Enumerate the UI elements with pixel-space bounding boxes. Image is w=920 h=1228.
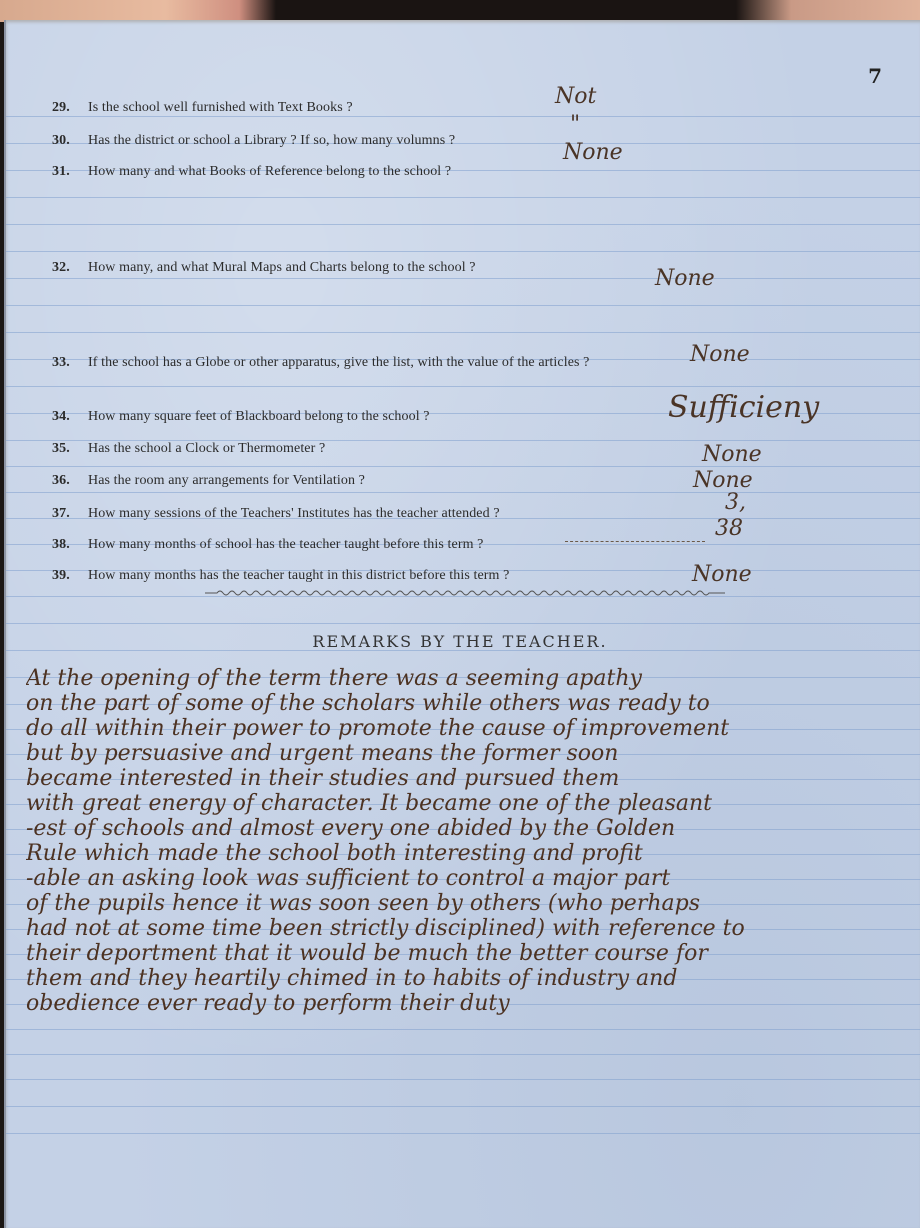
answer-32: None <box>655 266 715 291</box>
page-number: 7 <box>868 64 882 88</box>
ruled-line <box>6 492 920 493</box>
remarks-line: them and they heartily chimed in to habi… <box>26 966 906 991</box>
question-number: 39. <box>52 568 88 584</box>
answer-35: None <box>702 442 762 467</box>
ruled-line <box>6 224 920 225</box>
ruled-line <box>6 1054 920 1055</box>
question-number: 34. <box>52 409 88 425</box>
ruled-line <box>6 1079 920 1080</box>
question-38: 38.How many months of school has the tea… <box>52 537 483 553</box>
question-30: 30.Has the district or school a Library … <box>52 133 455 149</box>
question-text: How many sessions of the Teachers' Insti… <box>88 506 500 521</box>
question-text: Has the room any arrangements for Ventil… <box>88 473 365 488</box>
question-text: How many months of school has the teache… <box>88 537 483 552</box>
answer-29: Not <box>555 84 596 109</box>
ruled-line <box>6 1029 920 1030</box>
question-text: If the school has a Globe or other appar… <box>88 355 589 370</box>
remarks-line: do all within their power to promote the… <box>26 716 906 741</box>
question-number: 33. <box>52 355 88 371</box>
answer-34: Sufficieny <box>668 390 819 425</box>
question-number: 29. <box>52 100 88 116</box>
holding-fingers <box>0 0 920 22</box>
answer-31: None <box>563 140 623 165</box>
ruled-line <box>6 251 920 252</box>
question-text: How many square feet of Blackboard belon… <box>88 409 430 424</box>
ruled-line <box>6 1133 920 1134</box>
question-37: 37.How many sessions of the Teachers' In… <box>52 506 500 522</box>
answer-37: 3, <box>725 490 746 515</box>
ruled-line <box>6 197 920 198</box>
ruled-line <box>6 386 920 387</box>
remarks-line: Rule which made the school both interest… <box>26 841 906 866</box>
answer-33: None <box>690 342 750 367</box>
ruled-line <box>6 278 920 279</box>
ruled-line <box>6 466 920 467</box>
remarks-line: their deportment that it would be much t… <box>26 941 906 966</box>
question-29: 29.Is the school well furnished with Tex… <box>52 100 353 116</box>
remarks-line: obedience ever ready to perform their du… <box>26 991 906 1016</box>
question-34: 34.How many square feet of Blackboard be… <box>52 409 430 425</box>
question-number: 31. <box>52 164 88 180</box>
question-31: 31.How many and what Books of Reference … <box>52 164 451 180</box>
remarks-line: with great energy of character. It becam… <box>26 791 906 816</box>
answer-38: 38 <box>715 516 743 541</box>
question-text: How many and what Books of Reference bel… <box>88 164 451 179</box>
remarks-line: but by persuasive and urgent means the f… <box>26 741 906 766</box>
question-number: 38. <box>52 537 88 553</box>
remarks-line: -est of schools and almost every one abi… <box>26 816 906 841</box>
remarks-line: -able an asking look was sufficient to c… <box>26 866 906 891</box>
report-page: 7 <box>4 20 920 1228</box>
question-39: 39.How many months has the teacher taugh… <box>52 568 509 584</box>
question-number: 30. <box>52 133 88 149</box>
question-33: 33.If the school has a Globe or other ap… <box>52 355 589 371</box>
question-number: 35. <box>52 441 88 457</box>
answer-39: None <box>692 562 752 587</box>
remarks-line: of the pupils hence it was soon seen by … <box>26 891 906 916</box>
question-text: Is the school well furnished with Text B… <box>88 100 353 115</box>
question-number: 37. <box>52 506 88 522</box>
ruled-line <box>6 623 920 624</box>
question-text: Has the school a Clock or Thermometer ? <box>88 441 325 456</box>
remarks-title: REMARKS BY THE TEACHER. <box>0 632 920 651</box>
question-text: Has the district or school a Library ? I… <box>88 133 455 148</box>
remarks-line: had not at some time been strictly disci… <box>26 916 906 941</box>
remarks-line: At the opening of the term there was a s… <box>26 666 906 691</box>
question-number: 36. <box>52 473 88 489</box>
wavy-divider <box>205 589 725 597</box>
remarks-line: became interested in their studies and p… <box>26 766 906 791</box>
answer-30: " <box>570 112 580 137</box>
question-text: How many months has the teacher taught i… <box>88 568 509 583</box>
ruled-line <box>6 1106 920 1107</box>
question-text: How many, and what Mural Maps and Charts… <box>88 260 476 275</box>
remarks-line: on the part of some of the scholars whil… <box>26 691 906 716</box>
question-number: 32. <box>52 260 88 276</box>
ruled-line <box>6 305 920 306</box>
teacher-remarks: At the opening of the term there was a s… <box>26 666 906 1016</box>
scanned-document: 7 29.Is the school well furnished with T… <box>0 0 920 1228</box>
answer-leader-line <box>565 541 705 542</box>
ruled-line <box>6 116 920 117</box>
ruled-line <box>6 332 920 333</box>
question-32: 32.How many, and what Mural Maps and Cha… <box>52 260 476 276</box>
question-36: 36.Has the room any arrangements for Ven… <box>52 473 365 489</box>
question-35: 35.Has the school a Clock or Thermometer… <box>52 441 325 457</box>
